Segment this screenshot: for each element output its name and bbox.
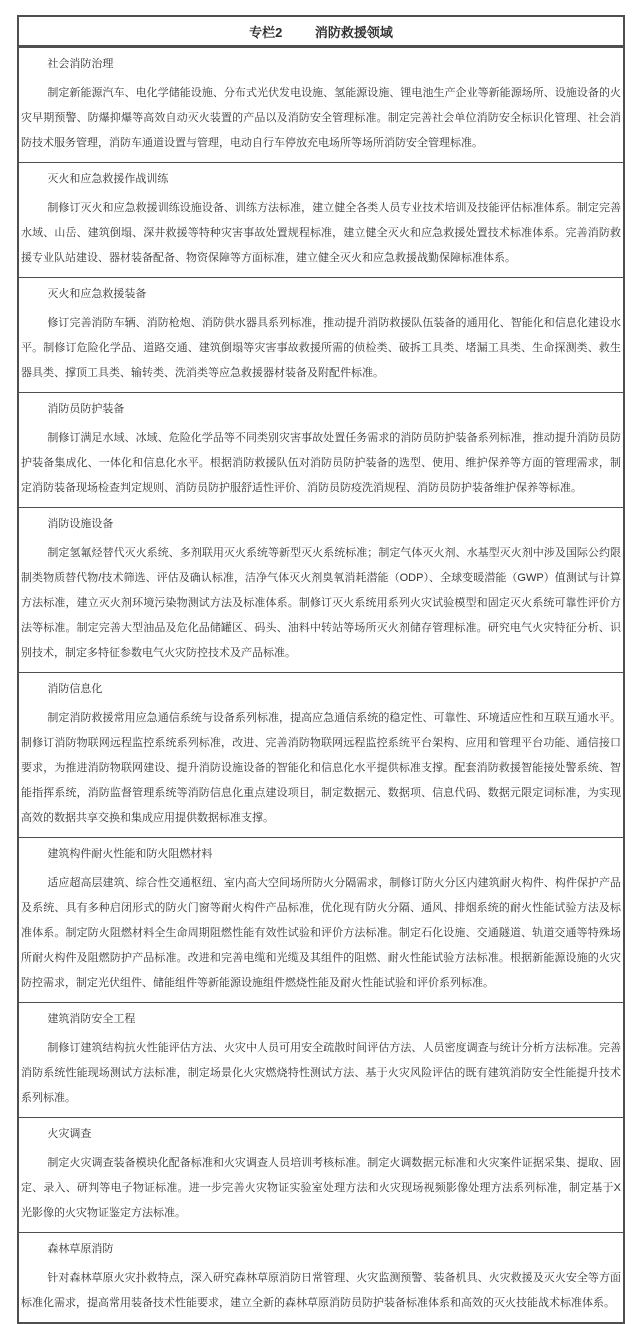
section-cell-firefighting-rescue-combat-training: 灭火和应急救援作战训练 制修订灭火和应急救援训练设施设备、训练方法标准，建立健全… bbox=[19, 162, 623, 277]
section-cell-fire-informatization: 消防信息化 制定消防救援常用应急通信系统与设备系列标准，提高应急通信系统的稳定性… bbox=[19, 672, 623, 837]
section-cell-building-fire-safety-engineering: 建筑消防安全工程 制修订建筑结构抗火性能评估方法、火灾中人员可用安全疏散时间评估… bbox=[19, 1002, 623, 1117]
box-title-text: 消防救援领域 bbox=[315, 22, 393, 41]
section-heading: 灭火和应急救援装备 bbox=[21, 282, 621, 307]
section-heading: 消防信息化 bbox=[21, 677, 621, 702]
section-body: 制定新能源汽车、电化学储能设施、分布式光伏发电设施、氢能源设施、锂电池生产企业等… bbox=[21, 81, 621, 156]
section-heading: 社会消防治理 bbox=[21, 52, 621, 77]
section-cell-firefighting-rescue-equipment: 灭火和应急救援装备 修订完善消防车辆、消防枪炮、消防供水器具系列标准，推动提升消… bbox=[19, 277, 623, 392]
section-heading: 建筑消防安全工程 bbox=[21, 1007, 621, 1032]
section-body: 制修订灭火和应急救援训练设施设备、训练方法标准，建立健全各类人员专业技术培训及技… bbox=[21, 196, 621, 271]
section-body: 制定火灾调查装备模块化配备标准和火灾调查人员培训考核标准。制定火调数据元标准和火… bbox=[21, 1151, 621, 1226]
section-body: 制修订满足水域、冰域、危险化学品等不同类别灾害事故处置任务需求的消防员防护装备系… bbox=[21, 426, 621, 501]
section-body: 针对森林草原火灾扑救特点，深入研究森林草原消防日常管理、火灾监测预警、装备机具、… bbox=[21, 1266, 621, 1316]
section-cell-fire-investigation: 火灾调查 制定火灾调查装备模块化配备标准和火灾调查人员培训考核标准。制定火调数据… bbox=[19, 1117, 623, 1232]
section-body: 制定消防救援常用应急通信系统与设备系列标准，提高应急通信系统的稳定性、可靠性、环… bbox=[21, 706, 621, 831]
column-box-table: 专栏2 消防救援领域 社会消防治理 制定新能源汽车、电化学储能设施、分布式光伏发… bbox=[17, 15, 625, 1324]
section-heading: 消防设施设备 bbox=[21, 512, 621, 537]
section-heading: 消防员防护装备 bbox=[21, 397, 621, 422]
section-body: 制定氢氟烃替代灭火系统、多剂联用灭火系统等新型灭火系统标准；制定气体灭火剂、水基… bbox=[21, 541, 621, 666]
section-heading: 火灾调查 bbox=[21, 1122, 621, 1147]
section-cell-building-fire-resistance-materials: 建筑构件耐火性能和防火阻燃材料 适应超高层建筑、综合性交通枢纽、室内高大空间场所… bbox=[19, 837, 623, 1002]
section-heading: 森林草原消防 bbox=[21, 1237, 621, 1262]
section-body: 制修订建筑结构抗火性能评估方法、火灾中人员可用安全疏散时间评估方法、人员密度调查… bbox=[21, 1036, 621, 1111]
section-heading: 建筑构件耐火性能和防火阻燃材料 bbox=[21, 842, 621, 867]
section-body: 修订完善消防车辆、消防枪炮、消防供水器具系列标准，推动提升消防救援队伍装备的通用… bbox=[21, 311, 621, 386]
section-cell-social-fire-governance: 社会消防治理 制定新能源汽车、电化学储能设施、分布式光伏发电设施、氢能源设施、锂… bbox=[19, 47, 623, 162]
section-cell-forest-grassland-fire: 森林草原消防 针对森林草原火灾扑救特点，深入研究森林草原消防日常管理、火灾监测预… bbox=[19, 1232, 623, 1322]
section-cell-fire-facilities-equipment: 消防设施设备 制定氢氟烃替代灭火系统、多剂联用灭火系统等新型灭火系统标准；制定气… bbox=[19, 507, 623, 672]
box-title-label: 专栏2 bbox=[249, 22, 282, 41]
box-title-row: 专栏2 消防救援领域 bbox=[19, 17, 623, 47]
section-cell-firefighter-protective-equipment: 消防员防护装备 制修订满足水域、冰域、危险化学品等不同类别灾害事故处置任务需求的… bbox=[19, 392, 623, 507]
section-body: 适应超高层建筑、综合性交通枢纽、室内高大空间场所防火分隔需求，制修订防火分区内建… bbox=[21, 871, 621, 996]
section-heading: 灭火和应急救援作战训练 bbox=[21, 167, 621, 192]
